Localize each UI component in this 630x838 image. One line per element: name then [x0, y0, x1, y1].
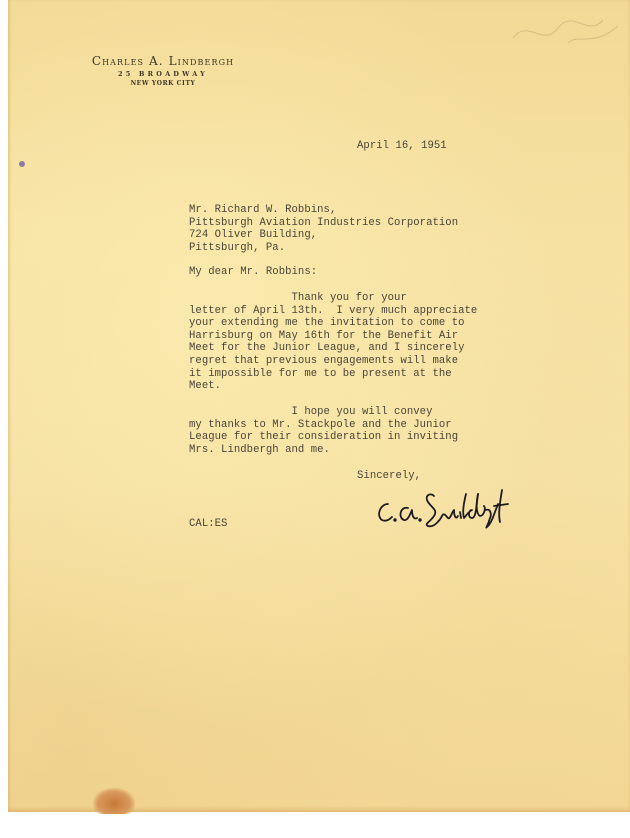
recipient-line: Pittsburgh, Pa. — [189, 242, 458, 255]
recipient-line: Mr. Richard W. Robbins, — [189, 204, 458, 217]
letterhead-name: Charles A. Lindbergh — [88, 54, 238, 68]
body-line: Meet for the Junior League, and I sincer… — [189, 342, 477, 355]
paragraph-1: Thank you for yourletter of April 13th. … — [189, 292, 477, 393]
body-line: letter of April 13th. I very much apprec… — [189, 305, 477, 318]
typist-initials: CAL:ES — [189, 518, 227, 531]
handwritten-signature — [372, 482, 522, 532]
recipient-line: Pittsburgh Aviation Industries Corporati… — [189, 217, 458, 230]
body-line: my thanks to Mr. Stackpole and the Junio… — [189, 419, 458, 432]
body-line: Meet. — [189, 380, 477, 393]
letterhead-city: NEW YORK CITY — [88, 80, 238, 87]
letter-date: April 16, 1951 — [357, 140, 447, 153]
body-line: I hope you will convey — [189, 406, 458, 419]
letterhead: Charles A. Lindbergh 25 BROADWAY NEW YOR… — [88, 54, 238, 87]
pencil-annotation — [508, 8, 628, 58]
letterhead-address: 25 BROADWAY — [88, 70, 238, 78]
salutation: My dear Mr. Robbins: — [189, 266, 317, 279]
paragraph-2: I hope you will conveymy thanks to Mr. S… — [189, 406, 458, 456]
body-line: Thank you for your — [189, 292, 477, 305]
body-line: it impossible for me to be present at th… — [189, 368, 477, 381]
recipient-line: 724 Oliver Building, — [189, 229, 458, 242]
body-line: regret that previous engagements will ma… — [189, 355, 477, 368]
body-line: Harrisburg on May 16th for the Benefit A… — [189, 330, 477, 343]
recipient-address: Mr. Richard W. Robbins,Pittsburgh Aviati… — [189, 204, 458, 254]
paper-stain — [93, 788, 135, 814]
body-line: Mrs. Lindbergh and me. — [189, 444, 458, 457]
body-line: your extending me the invitation to come… — [189, 317, 477, 330]
body-line: League for their consideration in inviti… — [189, 431, 458, 444]
punch-hole — [19, 161, 25, 167]
closing: Sincerely, — [357, 470, 421, 483]
